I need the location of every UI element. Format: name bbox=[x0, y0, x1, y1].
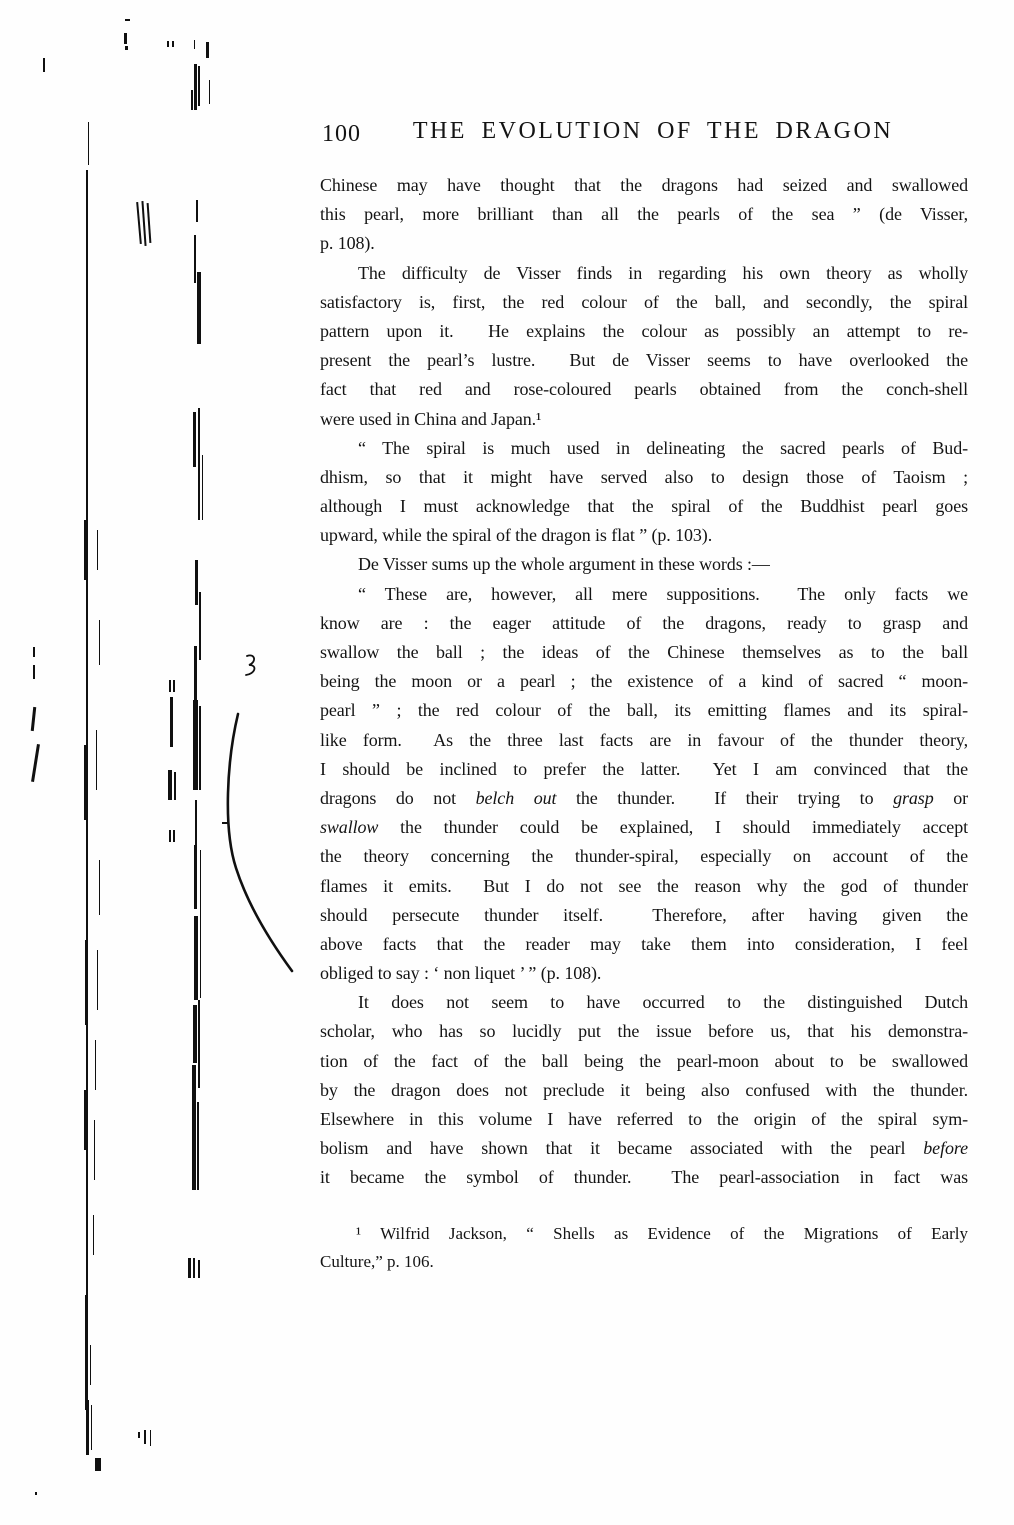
scan-artifact bbox=[193, 412, 196, 467]
text-line: satisfactory is, first, the red colour o… bbox=[320, 288, 968, 317]
text-segment: were used in China and Japan.¹ bbox=[320, 409, 541, 429]
footnote: ¹ Wilfrid Jackson, “ Shells as Evidence … bbox=[320, 1220, 968, 1275]
scan-artifact bbox=[194, 646, 197, 700]
text-line: p. 108). bbox=[320, 229, 968, 258]
scan-artifact bbox=[125, 46, 128, 50]
scan-artifact bbox=[169, 830, 171, 842]
text-line: Elsewhere in this volume I have referred… bbox=[320, 1105, 968, 1134]
scan-artifact bbox=[194, 40, 195, 49]
scan-artifact bbox=[43, 58, 45, 72]
scan-artifact bbox=[193, 1258, 195, 1278]
scan-artifact bbox=[97, 530, 98, 570]
margin-scribble-squiggle bbox=[246, 655, 254, 675]
text-segment: it became the symbol of thunder. The pea… bbox=[320, 1167, 968, 1187]
scan-artifact bbox=[198, 408, 200, 520]
text-segment: It does not seem to have occurred to the… bbox=[358, 992, 968, 1012]
text-line: know are : the eager attitude of the dra… bbox=[320, 609, 968, 638]
scan-artifact bbox=[202, 455, 203, 520]
text-segment: fact that red and rose-coloured pearls o… bbox=[320, 379, 968, 399]
scan-artifact bbox=[174, 772, 176, 800]
text-line: upward, while the spiral of the dragon i… bbox=[320, 521, 968, 550]
text-segment: obliged to say : ‘ non liquet ’ ” (p. 10… bbox=[320, 963, 601, 983]
text-segment: being the moon or a pearl ; the existenc… bbox=[320, 671, 968, 691]
scan-artifact bbox=[31, 744, 40, 782]
body-text: Chinese may have thought that the dragon… bbox=[320, 171, 968, 1193]
scan-artifact bbox=[94, 1120, 95, 1180]
italic-text: belch out bbox=[476, 788, 557, 808]
text-line: “ The spiral is much used in delineating… bbox=[320, 434, 968, 463]
text-segment: upward, while the spiral of the dragon i… bbox=[320, 525, 712, 545]
text-line: dragons do not belch out the thunder. If… bbox=[320, 784, 968, 813]
scan-artifact bbox=[144, 1430, 146, 1444]
text-segment: p. 108). bbox=[320, 233, 375, 253]
running-title: THE EVOLUTION OF THE DRAGON bbox=[320, 118, 968, 145]
scan-artifact bbox=[97, 950, 98, 1010]
scan-artifact bbox=[197, 272, 201, 344]
text-line: pearl ” ; the red colour of the ball, it… bbox=[320, 696, 968, 725]
scan-artifact bbox=[99, 620, 100, 665]
scan-artifact bbox=[206, 42, 209, 58]
text-line: De Visser sums up the whole argument in … bbox=[320, 550, 968, 579]
scan-artifact bbox=[194, 64, 197, 110]
text-line: the theory concerning the thunder-spiral… bbox=[320, 842, 968, 871]
text-segment: or bbox=[934, 788, 968, 808]
text-segment: flames it emits. But I do not see the re… bbox=[320, 876, 968, 896]
scan-artifact bbox=[90, 1345, 91, 1385]
italic-text: swallow bbox=[320, 817, 378, 837]
text-line: present the pearl’s lustre. But de Visse… bbox=[320, 346, 968, 375]
text-segment: present the pearl’s lustre. But de Visse… bbox=[320, 350, 968, 370]
text-line: Culture,” p. 106. bbox=[320, 1248, 968, 1276]
text-segment: know are : the eager attitude of the dra… bbox=[320, 613, 968, 633]
scan-artifact bbox=[93, 1215, 94, 1255]
scan-artifact bbox=[95, 1040, 96, 1090]
text-line: bolism and have shown that it became ass… bbox=[320, 1134, 968, 1163]
italic-text: grasp bbox=[893, 788, 934, 808]
text-segment: bolism and have shown that it became ass… bbox=[320, 1138, 923, 1158]
text-segment: Chinese may have thought that the dragon… bbox=[320, 175, 968, 195]
scan-artifact bbox=[209, 80, 210, 104]
text-line: it became the symbol of thunder. The pea… bbox=[320, 1163, 968, 1192]
scan-artifact bbox=[197, 1102, 199, 1190]
margin-scribble-curve bbox=[228, 714, 292, 971]
text-line: I should be inclined to prefer the latte… bbox=[320, 755, 968, 784]
text-line: tion of the fact of the ball being the p… bbox=[320, 1047, 968, 1076]
scan-artifact bbox=[191, 90, 193, 110]
scan-artifact bbox=[31, 707, 36, 731]
scan-artifact bbox=[167, 41, 169, 47]
scan-artifact bbox=[84, 1090, 87, 1150]
text-segment: I should be inclined to prefer the latte… bbox=[320, 759, 968, 779]
text-segment: tion of the fact of the ball being the p… bbox=[320, 1051, 968, 1071]
text-line: swallow the ball ; the ideas of the Chin… bbox=[320, 638, 968, 667]
text-line: dhism, so that it might have served also… bbox=[320, 463, 968, 492]
text-segment: De Visser sums up the whole argument in … bbox=[358, 554, 770, 574]
text-line: above facts that the reader may take the… bbox=[320, 930, 968, 959]
text-line: swallow the thunder could be explained, … bbox=[320, 813, 968, 842]
text-line: this pearl, more brilliant than all the … bbox=[320, 200, 968, 229]
text-segment: scholar, who has so lucidly put the issu… bbox=[320, 1021, 968, 1041]
text-line: should persecute thunder itself. Therefo… bbox=[320, 901, 968, 930]
scan-artifact bbox=[173, 830, 175, 842]
page-header: 100 THE EVOLUTION OF THE DRAGON bbox=[320, 118, 968, 150]
text-segment: ¹ Wilfrid Jackson, “ Shells as Evidence … bbox=[356, 1224, 968, 1243]
scan-artifact bbox=[95, 1458, 101, 1471]
text-line: It does not seem to have occurred to the… bbox=[320, 988, 968, 1017]
scan-artifact bbox=[199, 706, 201, 790]
scan-artifact bbox=[192, 1065, 196, 1190]
text-line: obliged to say : ‘ non liquet ’ ” (p. 10… bbox=[320, 959, 968, 988]
text-segment: like form. As the three last facts are i… bbox=[320, 730, 968, 750]
text-segment: swallow the ball ; the ideas of the Chin… bbox=[320, 642, 968, 662]
scan-artifact bbox=[198, 66, 200, 106]
scan-artifact bbox=[170, 697, 173, 747]
scan-artifact bbox=[194, 845, 197, 909]
text-line: pattern upon it. He explains the colour … bbox=[320, 317, 968, 346]
text-segment: although I must acknowledge that the spi… bbox=[320, 496, 968, 516]
scan-artifact bbox=[198, 1260, 200, 1278]
scan-artifact bbox=[84, 745, 87, 820]
text-segment: “ These are, however, all mere suppositi… bbox=[358, 584, 968, 604]
text-line: Chinese may have thought that the dragon… bbox=[320, 171, 968, 200]
scan-artifact bbox=[147, 203, 152, 243]
text-segment: “ The spiral is much used in delineating… bbox=[358, 438, 968, 458]
scan-artifact bbox=[173, 680, 175, 692]
scan-artifact bbox=[91, 1405, 92, 1450]
text-segment: by the dragon does not preclude it being… bbox=[320, 1080, 968, 1100]
text-line: scholar, who has so lucidly put the issu… bbox=[320, 1017, 968, 1046]
scan-artifact bbox=[194, 916, 198, 1000]
text-segment: Culture,” p. 106. bbox=[320, 1252, 434, 1271]
scan-artifact bbox=[99, 860, 100, 915]
scan-artifact bbox=[169, 680, 171, 692]
scan-artifact bbox=[85, 1295, 88, 1410]
scan-artifact bbox=[125, 19, 130, 21]
scan-artifact bbox=[86, 1400, 89, 1455]
text-line: “ These are, however, all mere suppositi… bbox=[320, 580, 968, 609]
scan-artifact bbox=[35, 1492, 37, 1495]
scan-artifact bbox=[194, 235, 196, 283]
text-line: fact that red and rose-coloured pearls o… bbox=[320, 375, 968, 404]
scan-artifact bbox=[96, 730, 97, 790]
text-segment: The difficulty de Visser finds in regard… bbox=[358, 263, 968, 283]
scan-artifact bbox=[199, 592, 201, 660]
text-line: flames it emits. But I do not see the re… bbox=[320, 872, 968, 901]
italic-text: before bbox=[923, 1138, 968, 1158]
text-segment: the thunder. If their trying to bbox=[556, 788, 893, 808]
scan-artifact bbox=[193, 1005, 197, 1063]
scan-artifact bbox=[138, 1432, 140, 1438]
scan-artifact bbox=[85, 940, 88, 1025]
text-line: were used in China and Japan.¹ bbox=[320, 405, 968, 434]
scan-artifact bbox=[168, 770, 172, 800]
text-line: by the dragon does not preclude it being… bbox=[320, 1076, 968, 1105]
scan-artifact bbox=[193, 700, 198, 790]
scan-artifact bbox=[124, 33, 127, 44]
scan-artifact bbox=[195, 560, 198, 605]
text-segment: dragons do not bbox=[320, 788, 476, 808]
scan-artifact bbox=[198, 1000, 200, 1088]
text-line: being the moon or a pearl ; the existenc… bbox=[320, 667, 968, 696]
text-segment: Elsewhere in this volume I have referred… bbox=[320, 1109, 968, 1129]
scan-artifact bbox=[172, 41, 174, 47]
text-segment: this pearl, more brilliant than all the … bbox=[320, 204, 968, 224]
scan-artifact bbox=[222, 822, 228, 824]
scan-artifact bbox=[188, 1258, 191, 1278]
scan-artifact bbox=[88, 122, 89, 165]
text-segment: the thunder could be explained, I should… bbox=[378, 817, 968, 837]
page: 100 THE EVOLUTION OF THE DRAGON Chinese … bbox=[0, 0, 1014, 1525]
scan-artifact bbox=[200, 850, 201, 998]
scan-artifact bbox=[33, 647, 35, 657]
scan-artifact bbox=[150, 1430, 151, 1446]
scan-artifact bbox=[84, 520, 87, 580]
text-segment: pattern upon it. He explains the colour … bbox=[320, 321, 968, 341]
text-segment: should persecute thunder itself. Therefo… bbox=[320, 905, 968, 925]
text-segment: satisfactory is, first, the red colour o… bbox=[320, 292, 968, 312]
text-segment: dhism, so that it might have served also… bbox=[320, 467, 968, 487]
text-segment: above facts that the reader may take the… bbox=[320, 934, 968, 954]
text-line: ¹ Wilfrid Jackson, “ Shells as Evidence … bbox=[320, 1220, 968, 1248]
page-number: 100 bbox=[322, 121, 361, 148]
text-line: although I must acknowledge that the spi… bbox=[320, 492, 968, 521]
scan-artifact bbox=[196, 200, 198, 222]
scan-artifact bbox=[33, 665, 35, 679]
scan-artifact bbox=[141, 201, 146, 246]
text-segment: the theory concerning the thunder-spiral… bbox=[320, 846, 968, 866]
text-line: like form. As the three last facts are i… bbox=[320, 726, 968, 755]
text-line: The difficulty de Visser finds in regard… bbox=[320, 259, 968, 288]
text-segment: pearl ” ; the red colour of the ball, it… bbox=[320, 700, 968, 720]
